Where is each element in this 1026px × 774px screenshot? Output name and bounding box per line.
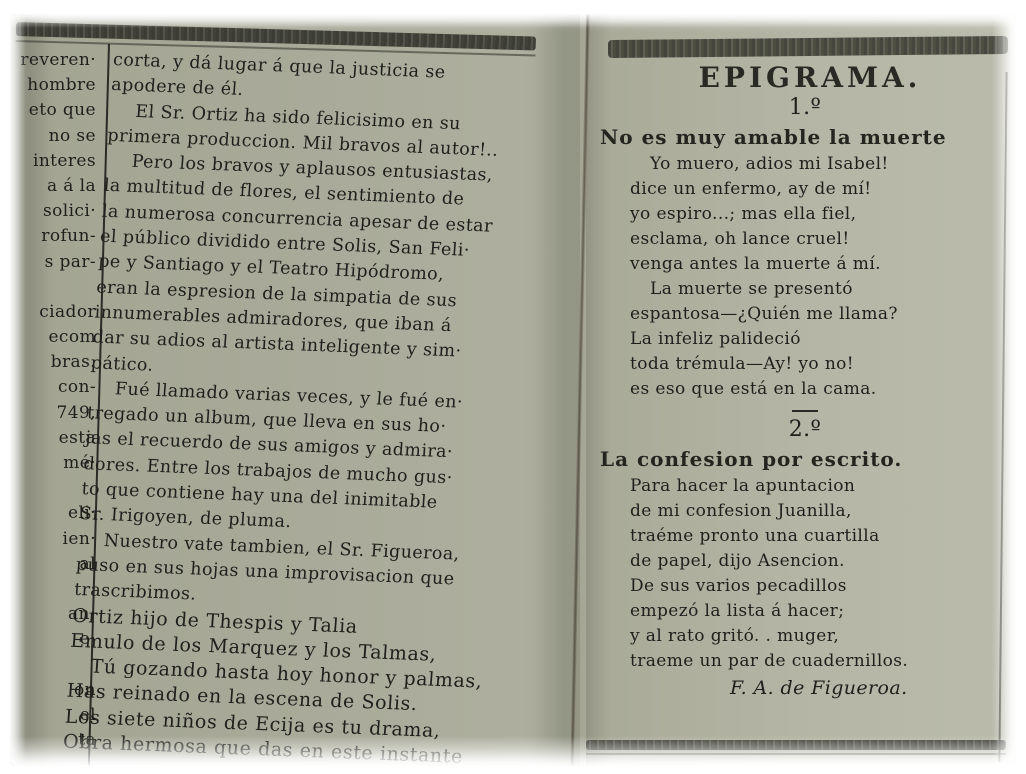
epigram-verse-line: La muerte se presentó [600, 277, 1010, 302]
newspaper-photo: reveren·hombreeto queno seinteresa á las… [0, 0, 1026, 774]
heading-rule [608, 36, 1008, 58]
author-signature: F. A. de Figueroa. [600, 674, 1010, 702]
epigram-verse-line: yo espiro...; mas ella fiel, [600, 202, 1010, 227]
section-separator [792, 410, 818, 412]
epigram-title: EPIGRAMA. [610, 62, 1010, 94]
photo-vignette-top [10, 14, 1016, 28]
epigram-verse-line: dice un enfermo, ay de mí! [600, 177, 1010, 202]
epigram-verse-line: De sus varios pecadillos [600, 574, 1010, 599]
section-number: 2.º [600, 416, 1010, 444]
epigram-verse-line: Yo muero, adios mi Isabel! [600, 152, 1010, 177]
right-page: EPIGRAMA. 1.º No es muy amable la muerte… [586, 14, 1016, 766]
epigram-verse-line: espantosa—¿Quién me llama? [600, 302, 1010, 327]
section-verses: Para hacer la apuntacionde mi confesion … [600, 474, 1010, 674]
epigram-verse-line: Para hacer la apuntacion [600, 474, 1010, 499]
section-verses: Yo muero, adios mi Isabel!dice un enferm… [600, 152, 1010, 402]
section-subtitle: No es muy amable la muerte [600, 122, 1010, 152]
epigram-verse-line: traeme un par de cuadernillos. [600, 649, 1010, 674]
epigram-verse-line: esclama, oh lance cruel! [600, 227, 1010, 252]
epigram-verse-line: venga antes la muerte á mí. [600, 252, 1010, 277]
section-subtitle: La confesion por escrito. [600, 444, 1010, 474]
epigram-verse-line: de papel, dijo Asencion. [600, 549, 1010, 574]
left-page: reveren·hombreeto queno seinteresa á las… [10, 14, 580, 766]
newspaper-spread: reveren·hombreeto queno seinteresa á las… [10, 14, 1016, 766]
epigram-verse-line: es eso que está en la cama. [600, 377, 1010, 402]
left-article-body: corta, y dá lugar á que la justicia seap… [62, 48, 564, 766]
epigram-verse-line: toda trémula—Ay! yo no! [600, 352, 1010, 377]
epigram-column: EPIGRAMA. 1.º No es muy amable la muerte… [600, 62, 1010, 702]
photo-vignette-right [992, 14, 1016, 766]
epigram-verse-line: de mi confesion Juanilla, [600, 499, 1010, 524]
photo-vignette-bottom [10, 736, 1016, 766]
epigram-section-2: 2.º La confesion por escrito. Para hacer… [600, 416, 1010, 674]
epigram-verse-line: empezó la lista á hacer; [600, 599, 1010, 624]
epigram-section-1: 1.º No es muy amable la muerte Yo muero,… [600, 94, 1010, 402]
epigram-verse-line: y al rato gritó. . muger, [600, 624, 1010, 649]
section-number: 1.º [600, 94, 1010, 122]
epigram-verse-line: La infeliz palideció [600, 327, 1010, 352]
photo-vignette-left [10, 14, 26, 766]
epigram-verse-line: traéme pronto una cuartilla [600, 524, 1010, 549]
